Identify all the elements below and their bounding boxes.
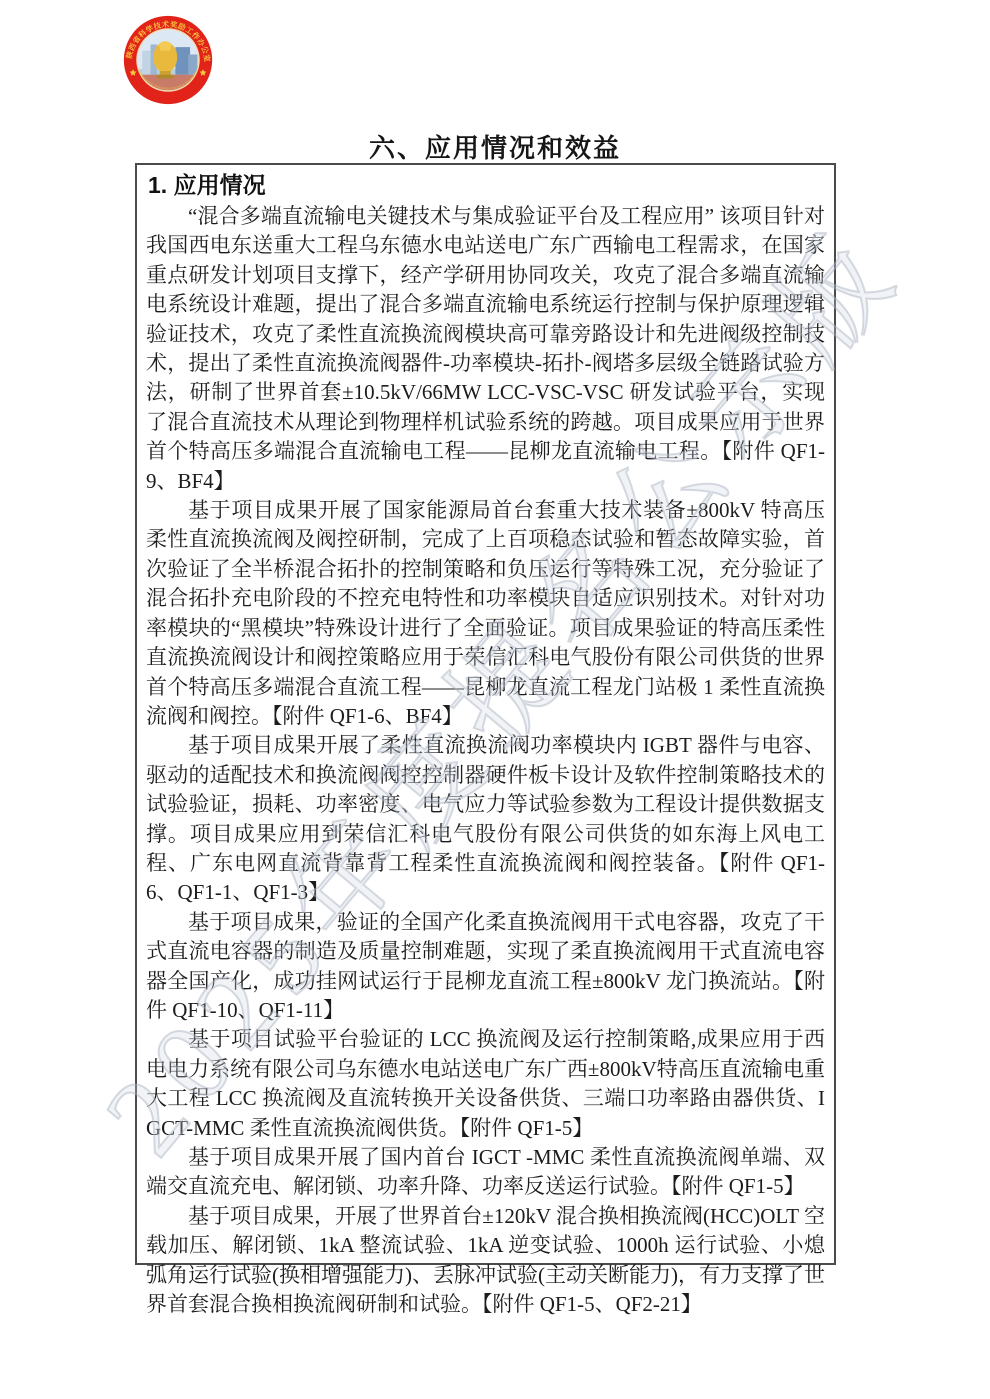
page-title: 六、应用情况和效益 — [0, 133, 990, 163]
paragraph: 基于项目成果开展了国内首台 IGCT -MMC 柔性直流换流阀单端、双端交直流充… — [146, 1143, 825, 1202]
award-office-seal-logo: 陕西省科学技术奖励工作办公室 SHAANXI OFFICE OF SCIENCE… — [122, 14, 214, 106]
paragraph: “混合多端直流输电关键技术与集成验证平台及工程应用” 该项目针对我国西电东送重大… — [146, 202, 825, 496]
content-box: 1. 应用情况 “混合多端直流输电关键技术与集成验证平台及工程应用” 该项目针对… — [135, 163, 836, 1265]
paragraph: 基于项目成果开展了国家能源局首台套重大技术装备±800kV 特高压柔性直流换流阀… — [146, 496, 825, 731]
paragraph: 基于项目成果开展了柔性直流换流阀功率模块内 IGBT 器件与电容、驱动的适配技术… — [146, 731, 825, 907]
seal-icon: 陕西省科学技术奖励工作办公室 SHAANXI OFFICE OF SCIENCE… — [122, 14, 214, 106]
paragraph: 基于项目成果，开展了世界首台±120kV 混合换相换流阀(HCC)OLT 空载加… — [146, 1202, 825, 1320]
paragraph: 基于项目成果，验证的全国产化柔直换流阀用干式电容器，攻克了干式直流电容器的制造及… — [146, 908, 825, 1026]
paragraph: 基于项目试验平台验证的 LCC 换流阀及运行控制策略,成果应用于西电电力系统有限… — [146, 1025, 825, 1143]
document-page: 陕西省科学技术奖励工作办公室 SHAANXI OFFICE OF SCIENCE… — [0, 0, 990, 1399]
section-heading: 1. 应用情况 — [148, 170, 825, 201]
